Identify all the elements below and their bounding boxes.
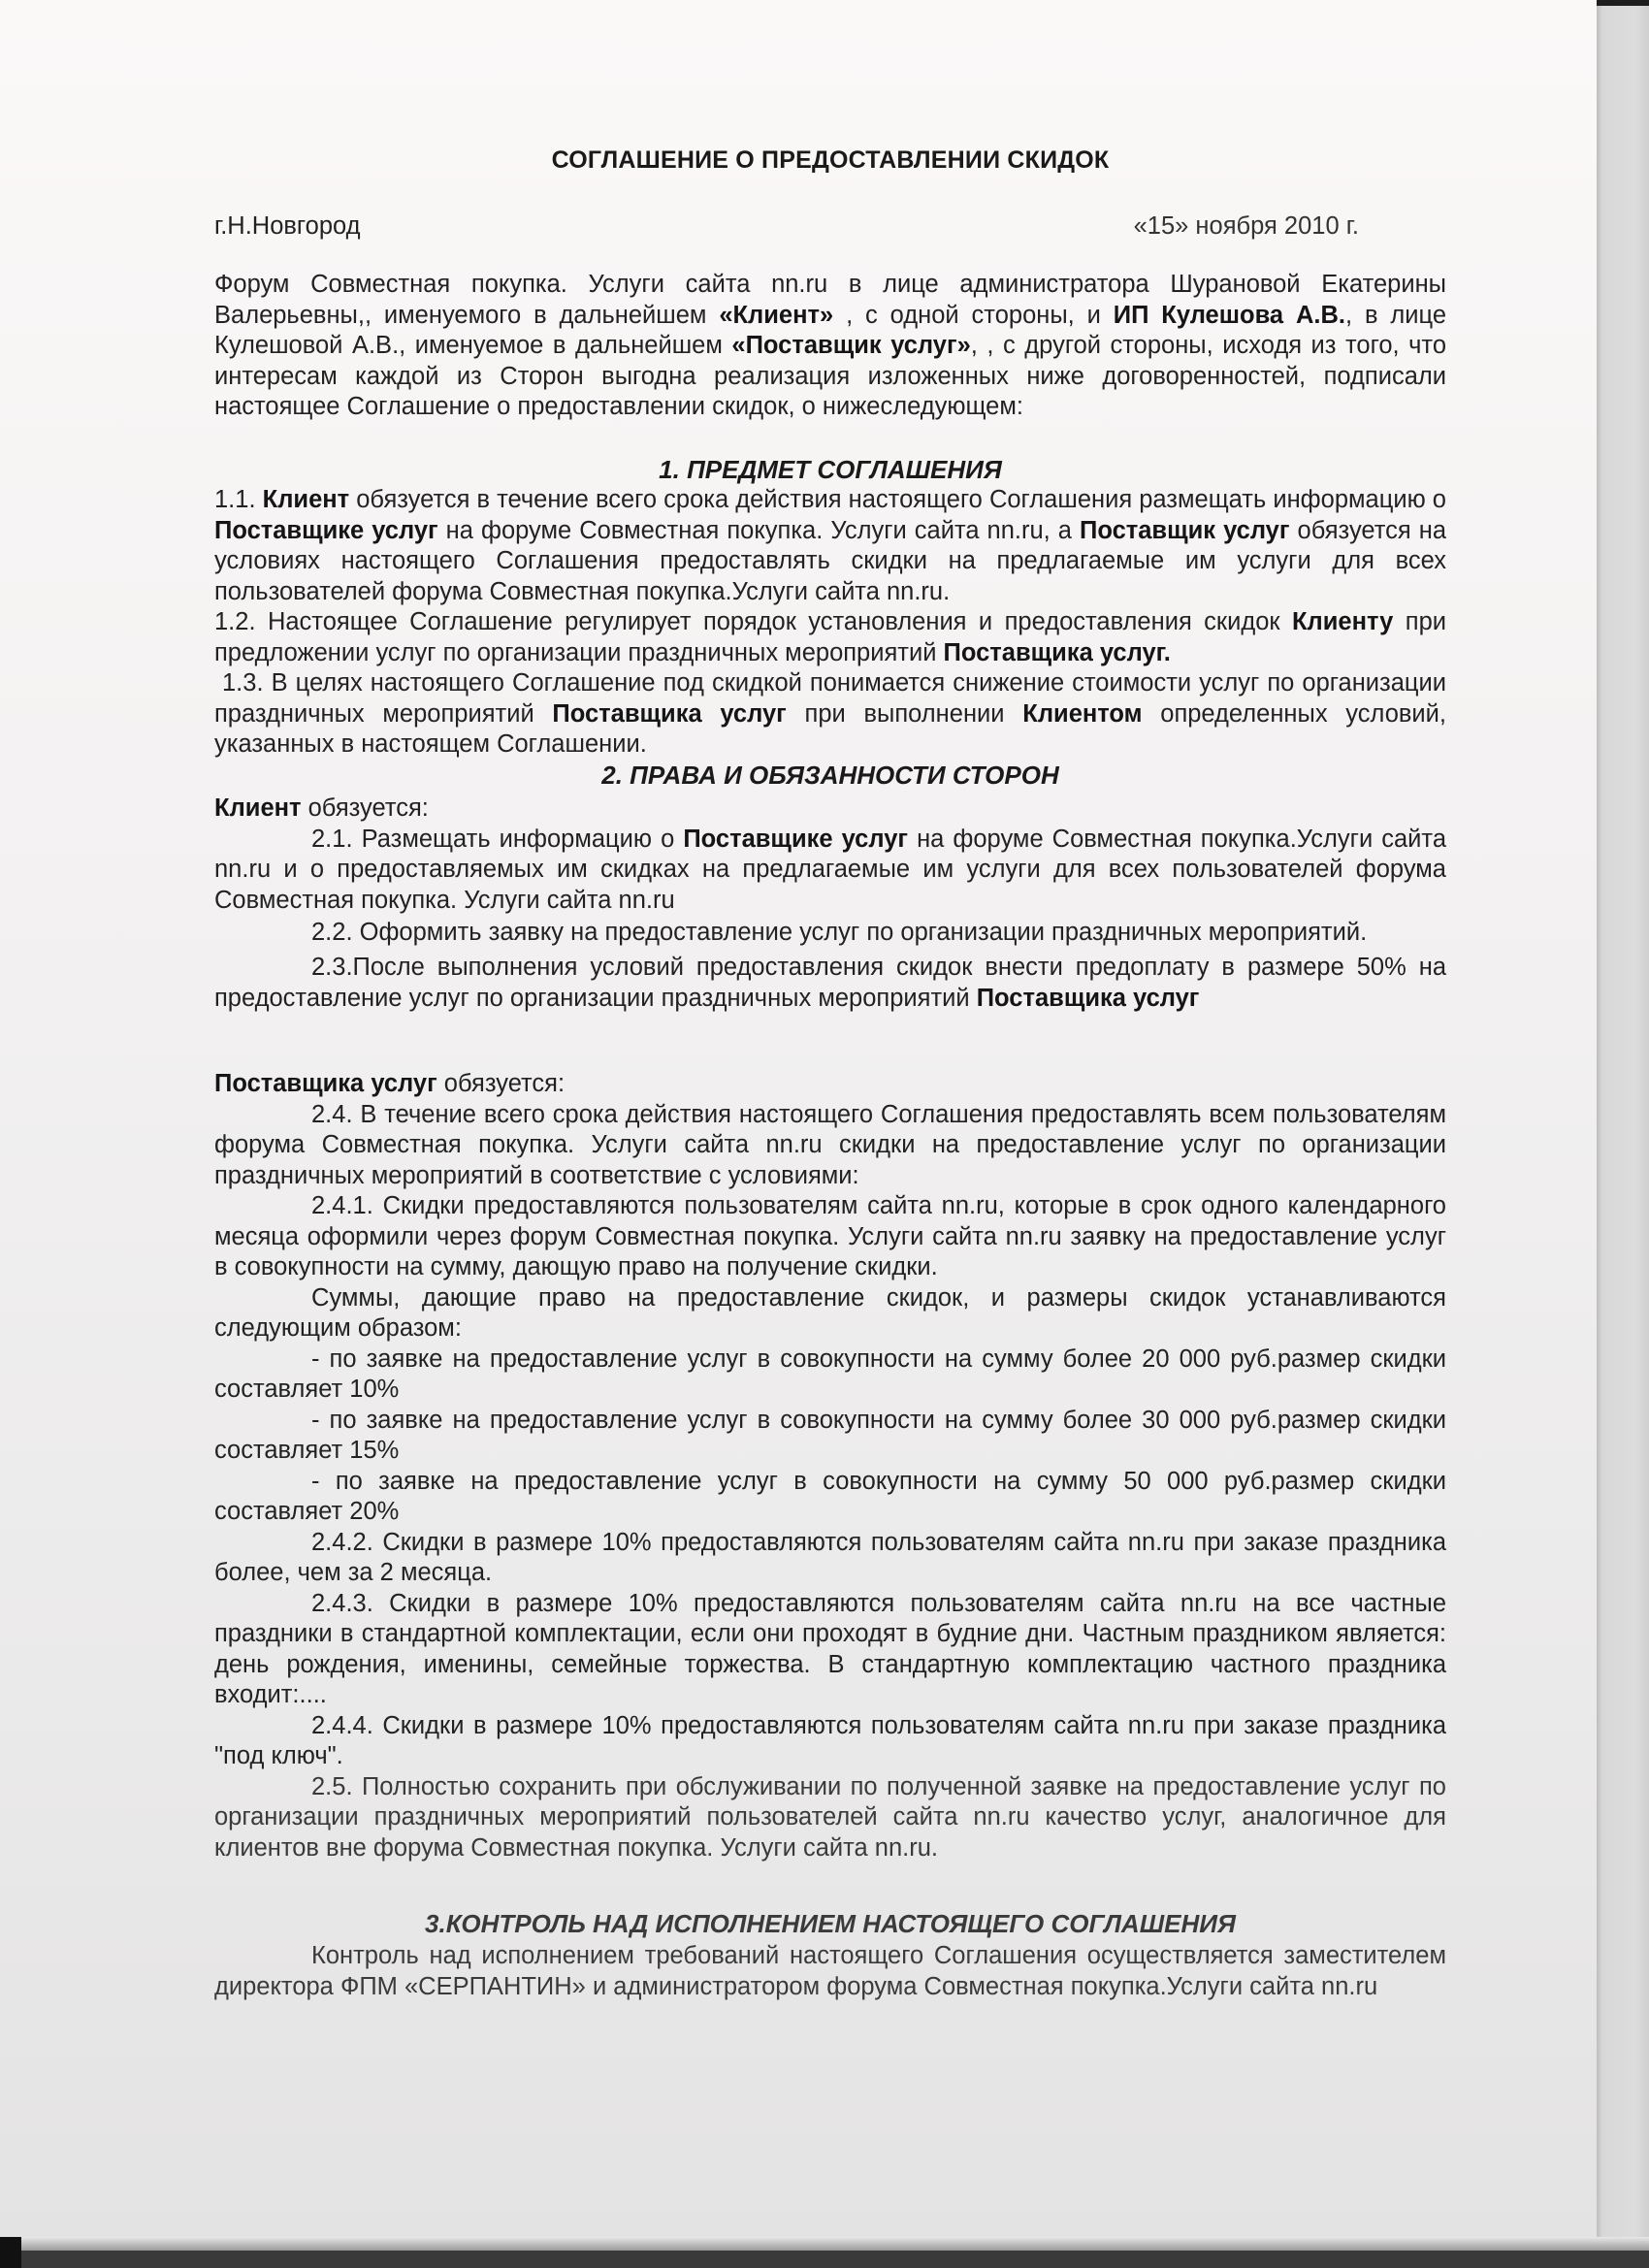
- clause-text: обязуется:: [437, 1070, 565, 1097]
- document-title: СОГЛАШЕНИЕ О ПРЕДОСТАВЛЕНИИ СКИДОК: [214, 146, 1446, 177]
- bold-term: Клиенту: [1292, 608, 1393, 635]
- bold-term: Поставщика услуг: [977, 985, 1200, 1012]
- bold-term: Клиент: [263, 486, 350, 513]
- section-2-client: Клиент обязуется: 2.1. Размещать информа…: [214, 794, 1446, 1014]
- preamble: Форум Совместная покупка. Услуги сайта n…: [214, 270, 1446, 423]
- party-provider: «Поставщик услуг»: [731, 332, 970, 359]
- client-obliges-line: Клиент обязуется:: [214, 794, 1446, 825]
- bold-term: Клиентом: [1022, 700, 1142, 728]
- control-clause: Контроль над исполнением требований наст…: [214, 1941, 1446, 2002]
- clause-2-5: 2.5. Полностью сохранить при обслуживани…: [214, 1772, 1446, 1864]
- clause-2-1: 2.1. Размещать информацию о Поставщике у…: [214, 825, 1446, 917]
- place: г.Н.Новгород: [214, 211, 361, 243]
- bold-term: Поставщика услуг: [214, 1070, 437, 1097]
- clause-text: при выполнении: [787, 700, 1022, 728]
- section-3-body: Контроль над исполнением требований наст…: [214, 1941, 1446, 2002]
- clause-text: 1.1.: [214, 486, 263, 513]
- discount-tier: - по заявке на предоставление услуг в со…: [214, 1345, 1446, 1406]
- scan-edge-right: [1597, 6, 1649, 2237]
- clause-text: 2.1. Размещать информацию о: [311, 826, 683, 853]
- bold-term: Клиент: [214, 794, 302, 822]
- section-1-heading: 1. ПРЕДМЕТ СОГЛАШЕНИЯ: [214, 455, 1446, 486]
- section-2-heading: 2. ПРАВА И ОБЯЗАННОСТИ СТОРОН: [214, 761, 1446, 792]
- clause-2-2: 2.2. Оформить заявку на предоставление у…: [214, 916, 1446, 949]
- clause-2-4-4: 2.4.4. Скидки в размере 10% предоставляю…: [214, 1711, 1446, 1772]
- clause-text: на форуме Совместная покупка. Услуги сай…: [438, 517, 1080, 544]
- section-3-heading: 3.КОНТРОЛЬ НАД ИСПОЛНЕНИЕМ НАСТОЯЩЕГО СО…: [214, 1909, 1446, 1940]
- date: «15» ноября 2010 г.: [1134, 211, 1359, 243]
- bold-term: Поставщике услуг: [683, 826, 908, 853]
- provider-obliges-line: Поставщика услуг обязуется:: [214, 1069, 1446, 1100]
- clause-text: обязуется:: [302, 794, 429, 822]
- clause-2-4-3: 2.4.3. Скидки в размере 10% предоставляю…: [214, 1589, 1446, 1711]
- clause-1-2: 1.2. Настоящее Соглашение регулирует пор…: [214, 607, 1446, 668]
- bold-term: Поставщике услуг: [214, 517, 438, 544]
- clause-1-3: 1.3. В целях настоящего Соглашение под с…: [214, 668, 1446, 761]
- bold-term: Поставщика услуг: [552, 700, 786, 728]
- party-provider-name: ИП Кулешова А.В.: [1114, 302, 1345, 329]
- clause-2-4-2: 2.4.2. Скидки в размере 10% предоставляю…: [214, 1528, 1446, 1589]
- clause-2-4-1: 2.4.1. Скидки предоставляются пользовате…: [214, 1191, 1446, 1283]
- clause-1-1: 1.1. Клиент обязуется в течение всего ср…: [214, 485, 1446, 607]
- section-1-body: 1.1. Клиент обязуется в течение всего ср…: [214, 485, 1446, 761]
- party-client: «Клиент»: [719, 302, 833, 329]
- discount-sums-intro: Суммы, дающие право на предоставление ск…: [214, 1283, 1446, 1345]
- bold-term: Поставщика услуг.: [944, 639, 1171, 666]
- bold-term: Поставщик услуг: [1080, 517, 1289, 544]
- discount-tier: - по заявке на предоставление услуг в со…: [214, 1467, 1446, 1528]
- clause-2-4: 2.4. В течение всего срока действия наст…: [214, 1100, 1446, 1192]
- discount-tier: - по заявке на предоставление услуг в со…: [214, 1406, 1446, 1467]
- section-2-provider: Поставщика услуг обязуется: 2.4. В течен…: [214, 1069, 1446, 1863]
- preamble-text: , с одной стороны, и: [833, 302, 1114, 329]
- scan-border-bottom: [0, 2251, 1649, 2268]
- clause-text: 2.3.После выполнения условий предоставле…: [214, 954, 1446, 1012]
- scan-corner: [0, 2237, 21, 2268]
- clause-text: 1.2. Настоящее Соглашение регулирует пор…: [214, 608, 1292, 635]
- clause-2-3: 2.3.После выполнения условий предоставле…: [214, 953, 1446, 1014]
- clause-text: обязуется в течение всего срока действия…: [349, 486, 1446, 513]
- scan-edge-bottom: [21, 2237, 1649, 2251]
